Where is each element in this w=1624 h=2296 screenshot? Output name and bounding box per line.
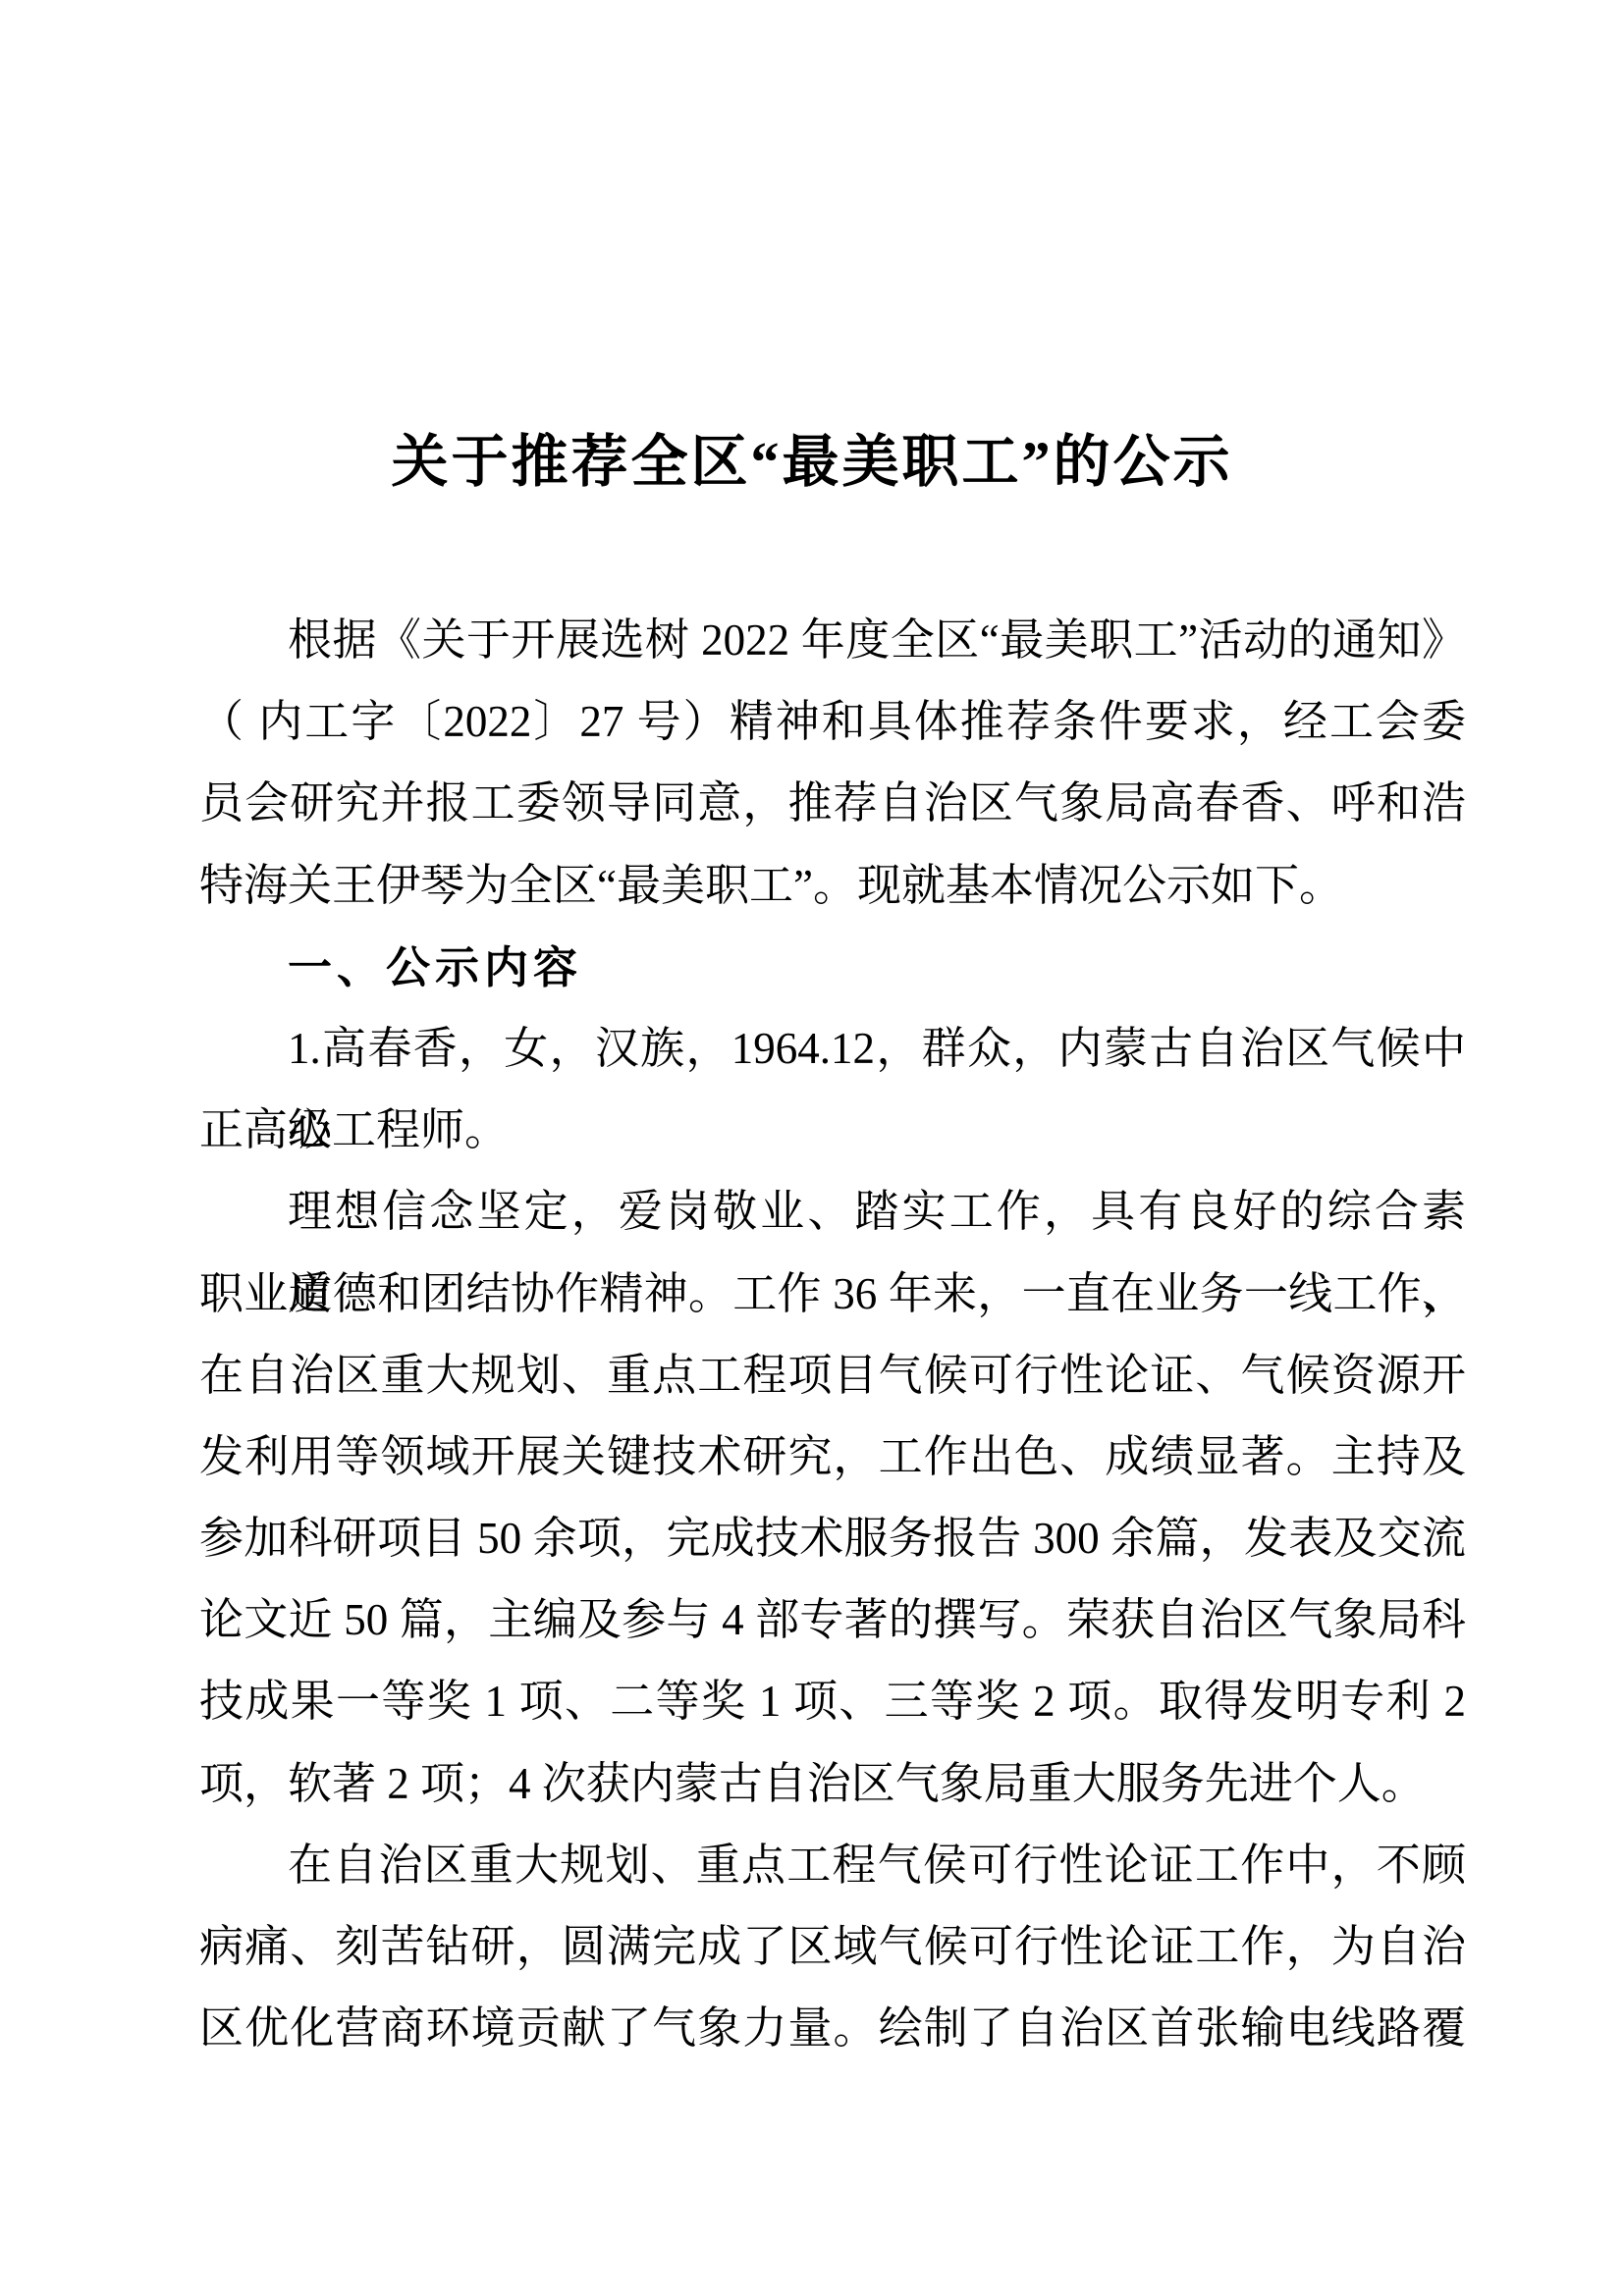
text-line: 论文近 50 篇，主编及参与 4 部专著的撰写。荣获自治区气象局科 (199, 1579, 1466, 1661)
text-line: 职业道德和团结协作精神。工作 36 年来，一直在业务一线工作， (199, 1254, 1466, 1335)
text-line: 正高级工程师。 (199, 1090, 1466, 1171)
text-line: （ 内工字〔2022〕27 号）精神和具体推荐条件要求，经工会委 (199, 681, 1466, 763)
text-line: 项，软著 2 项；4 次获内蒙古自治区气象局重大服务先进个人。 (199, 1743, 1466, 1825)
text-line: 参加科研项目 50 余项，完成技术服务报告 300 余篇，发表及交流 (199, 1498, 1466, 1579)
text-line: 根据《关于开展选树 2022 年度全区“最美职工”活动的通知》 (199, 600, 1466, 681)
text-line: 理想信念坚定，爱岗敬业、踏实工作，具有良好的综合素质、 (199, 1171, 1466, 1253)
document-title: 关于推荐全区“最美职工”的公示 (0, 424, 1624, 501)
text-line: 员会研究并报工委领导同意，推荐自治区气象局高春香、呼和浩 (199, 763, 1466, 844)
document-page: 关于推荐全区“最美职工”的公示 根据《关于开展选树 2022 年度全区“最美职工… (0, 0, 1624, 2296)
text-line: 在自治区重大规划、重点工程项目气候可行性论证、气候资源开 (199, 1335, 1466, 1416)
text-line: 发利用等领域开展关键技术研究，工作出色、成绩显著。主持及 (199, 1416, 1466, 1498)
text-line: 特海关王伊琴为全区“最美职工”。现就基本情况公示如下。 (199, 845, 1466, 927)
text-line: 一、公示内容 (199, 927, 1466, 1008)
text-line: 技成果一等奖 1 项、二等奖 1 项、三等奖 2 项。取得发明专利 2 (199, 1661, 1466, 1742)
document-body: 根据《关于开展选树 2022 年度全区“最美职工”活动的通知》（ 内工字〔202… (199, 600, 1466, 2069)
text-line: 区优化营商环境贡献了气象力量。绘制了自治区首张输电线路覆 (199, 1988, 1466, 2069)
text-line: 1.高春香，女，汉族，1964.12，群众，内蒙古自治区气候中心 (199, 1008, 1466, 1090)
text-line: 病痛、刻苦钻研，圆满完成了区域气候可行性论证工作，为自治 (199, 1906, 1466, 1988)
text-line: 在自治区重大规划、重点工程气侯可行性论证工作中，不顾 (199, 1825, 1466, 1906)
